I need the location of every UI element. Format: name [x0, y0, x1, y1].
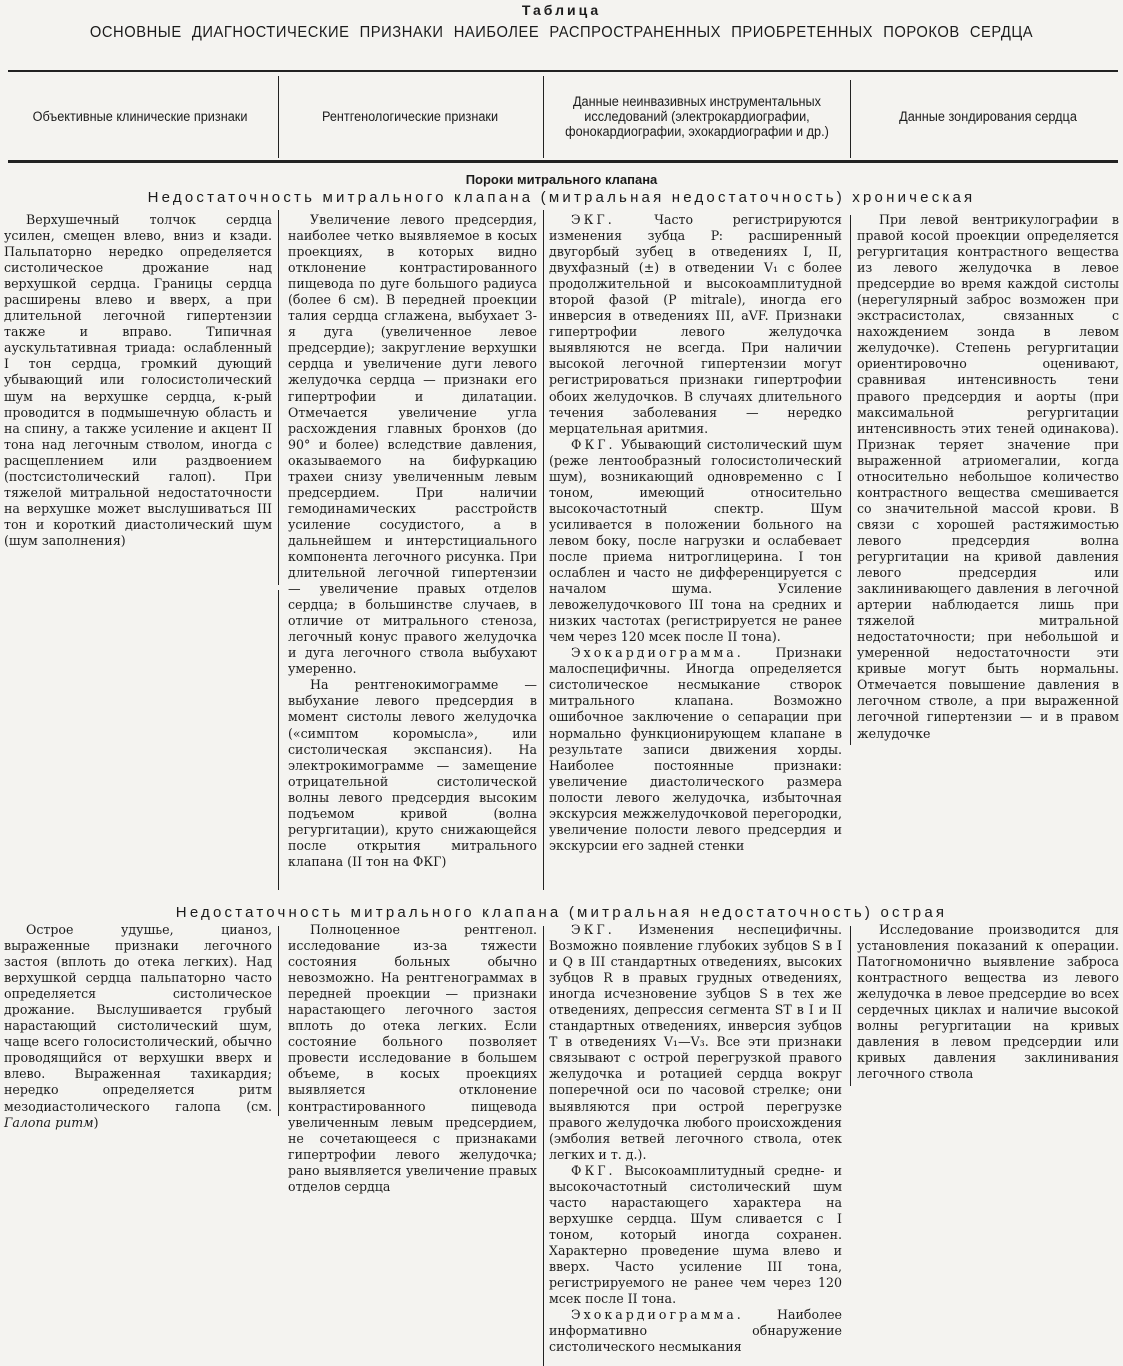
header-bottom-rule: [8, 160, 1118, 163]
chronic-catheterization-data: При левой вентрикулографии в правой косо…: [857, 212, 1119, 742]
header-divider-1: [278, 76, 279, 158]
acute-instrumental-data: ЭКГ. Изменения неспецифичны. Возможно по…: [549, 922, 842, 1355]
table-title: ОСНОВНЫЕ ДИАГНОСТИЧЕСКИЕ ПРИЗНАКИ НАИБОЛ…: [82, 23, 1042, 43]
ecg-lead: ЭКГ.: [571, 212, 615, 227]
paragraph: Острое удушье, цианоз, выраженные призна…: [4, 922, 272, 1131]
cross-reference-link[interactable]: Галопа ритм: [4, 1115, 94, 1130]
pcg-paragraph: ФКГ. Высокоамплитудный средне- и высокоч…: [549, 1163, 842, 1307]
ecg-paragraph: ЭКГ. Часто регистрируются изменения зубц…: [549, 212, 842, 437]
column-header-xray: Рентгенологические признаки: [302, 72, 518, 160]
pcg-lead: ФКГ.: [571, 437, 616, 452]
subsection-title-chronic: Недостаточность митрального клапана (мит…: [0, 189, 1123, 206]
table-label: Таблица: [0, 2, 1123, 18]
ecg-lead: ЭКГ.: [571, 922, 615, 937]
acute-catheterization-data: Исследование производится для установлен…: [857, 922, 1119, 1082]
row1-divider-2: [543, 210, 544, 890]
ecg-paragraph: ЭКГ. Изменения неспецифичны. Возможно по…: [549, 922, 842, 1163]
echo-lead: Эхокардиограмма.: [571, 645, 744, 660]
paragraph: На рентгенокимограмме — выбухание левого…: [288, 677, 537, 870]
row2-divider-2: [543, 926, 544, 1366]
header-divider-3: [850, 80, 851, 158]
paragraph: Полноценное рентгенол. исследование из-з…: [288, 922, 537, 1195]
row1-divider-1b: [278, 590, 279, 890]
pcg-paragraph: ФКГ. Убывающий систолический шум (реже л…: [549, 437, 842, 646]
row1-divider-3: [850, 215, 851, 745]
echo-paragraph: Эхокардиограмма. Наиболее информативно о…: [549, 1307, 842, 1355]
acute-xray-signs: Полноценное рентгенол. исследование из-з…: [288, 922, 537, 1195]
column-header-clinical: Объективные клинические признаки: [27, 72, 253, 160]
row2-divider-1: [278, 926, 279, 1116]
subsection-title-acute: Недостаточность митрального клапана (мит…: [0, 904, 1123, 921]
column-header-instrumental: Данные неинвазивных инструментальных исс…: [557, 72, 837, 160]
paragraph: Верхушечный толчок сердца усилен, смещен…: [4, 212, 272, 549]
row2-divider-3: [850, 926, 851, 1086]
chronic-instrumental-data: ЭКГ. Часто регистрируются изменения зубц…: [549, 212, 842, 854]
section-title: Пороки митрального клапана: [0, 172, 1123, 187]
chronic-clinical-signs: Верхушечный толчок сердца усилен, смещен…: [4, 212, 272, 549]
row1-divider-1: [278, 210, 279, 585]
echo-lead: Эхокардиограмма.: [571, 1307, 744, 1322]
column-header-catheterization: Данные зондирования сердца: [866, 72, 1110, 160]
paragraph: При левой вентрикулографии в правой косо…: [857, 212, 1119, 742]
chronic-xray-signs: Увеличение левого предсердия, наиболее ч…: [288, 212, 537, 870]
echo-paragraph: Эхокардиограмма. Признаки малоспецифичны…: [549, 645, 842, 854]
acute-clinical-signs: Острое удушье, цианоз, выраженные призна…: [4, 922, 272, 1131]
encyclopedia-page: Таблица ОСНОВНЫЕ ДИАГНОСТИЧЕСКИЕ ПРИЗНАК…: [0, 0, 1123, 1366]
paragraph: Исследование производится для установлен…: [857, 922, 1119, 1082]
pcg-lead: ФКГ.: [571, 1163, 616, 1178]
paragraph: Увеличение левого предсердия, наиболее ч…: [288, 212, 537, 677]
header-divider-2: [543, 76, 544, 158]
